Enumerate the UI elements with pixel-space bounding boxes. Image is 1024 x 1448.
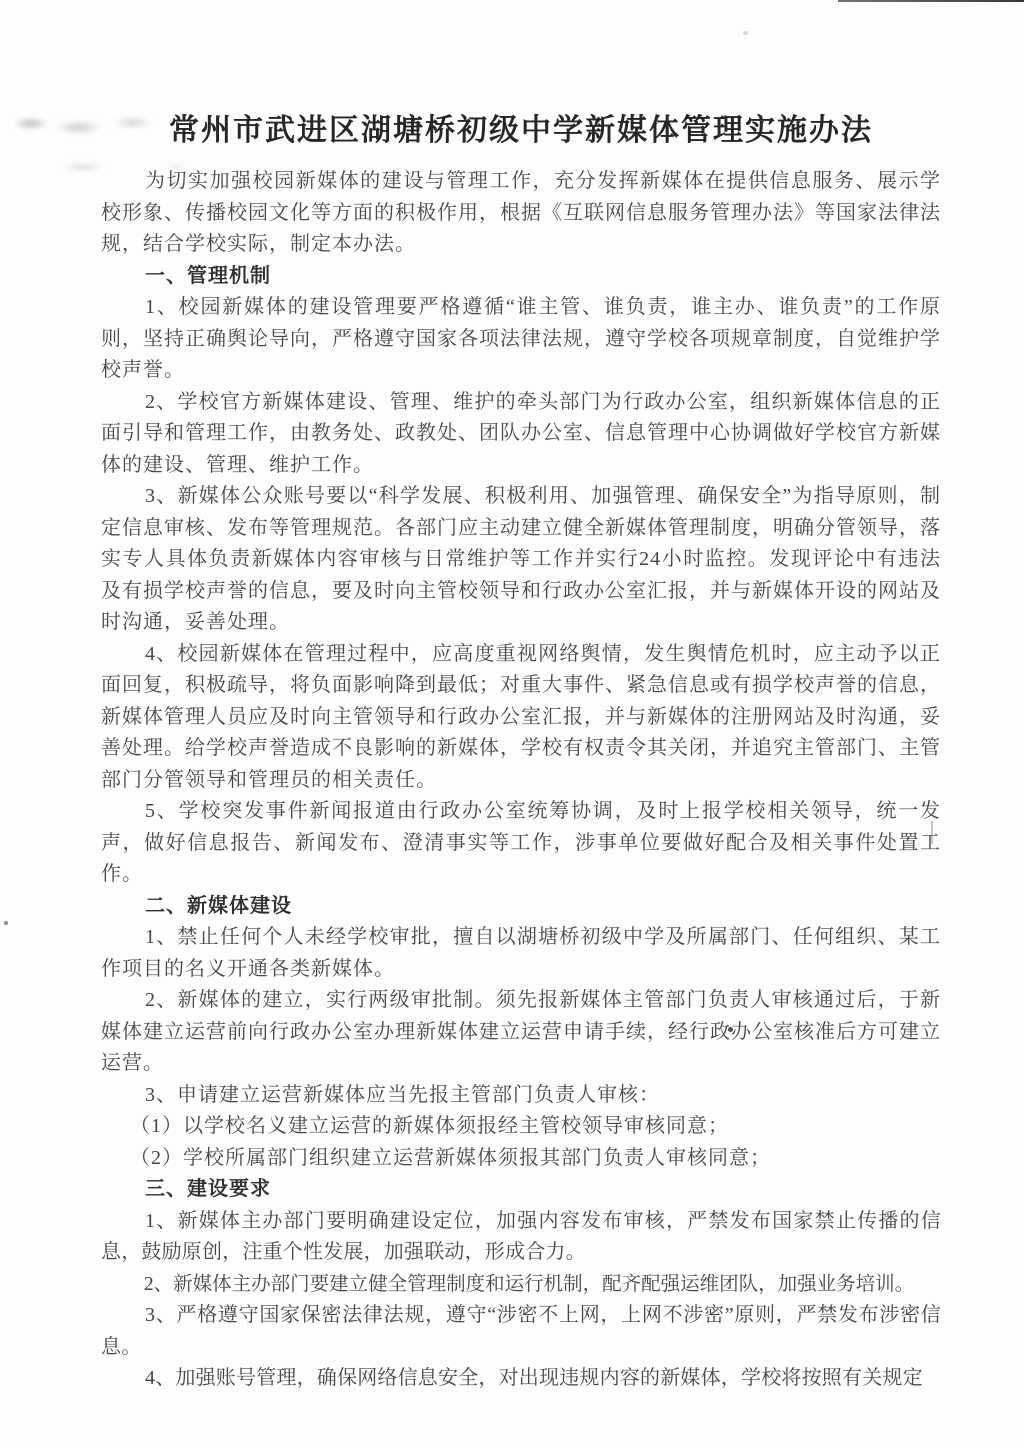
section-2-item-1: 1、禁止任何个人未经学校审批，擅自以湖塘桥初级中学及所属部门、任何组织、某工作项… [101,922,941,985]
document-content: 常州市武进区湖塘桥初级中学新媒体管理实施办法 为切实加强校园新媒体的建设与管理工… [101,108,941,1395]
section-2-item-3: 3、申请建立运营新媒体应当先报主管部门负责人审核： [101,1080,941,1112]
section-1-item-4: 4、校园新媒体在管理过程中，应高度重视网络舆情，发生舆情危机时，应主动予以正面回… [101,639,941,797]
speck-artifact [4,921,8,925]
section-1-item-3: 3、新媒体公众账号要以“科学发展、积极利用、加强管理、确保安全”为指导原则，制定… [101,481,941,639]
speck-artifact [743,31,748,35]
section-2-item-2: 2、新媒体的建立，实行两级审批制。须先报新媒体主管部门负责人审核通过后，于新媒体… [101,985,941,1080]
section-1-item-2: 2、学校官方新媒体建设、管理、维护的牵头部门为行政办公室，组织新媒体信息的正面引… [101,387,941,482]
section-2-heading: 二、新媒体建设 [101,891,941,923]
scan-edge-artifact [838,0,1024,2]
section-3-item-1: 1、新媒体主办部门要明确建设定位，加强内容发布审核，严禁发布国家禁止传播的信息，… [101,1206,941,1269]
section-3-item-4: 4、加强账号管理，确保网络信息安全，对出现违规内容的新媒体，学校将按照有关规定 [101,1363,941,1395]
section-2-subitem-1: （1）以学校名义建立运营的新媒体须报经主管校领导审核同意； [101,1111,941,1143]
intro-paragraph: 为切实加强校园新媒体的建设与管理工作，充分发挥新媒体在提供信息服务、展示学校形象… [101,166,941,261]
section-3-item-2: 2、新媒体主办部门要建立健全管理制度和运行机制，配齐配强运维团队，加强业务培训。 [101,1269,941,1301]
section-3-item-3: 3、严格遵守国家保密法律法规，遵守“涉密不上网，上网不涉密”原则，严禁发布涉密信… [101,1300,941,1363]
scanned-document-page: 常州市武进区湖塘桥初级中学新媒体管理实施办法 为切实加强校园新媒体的建设与管理工… [0,0,1024,1448]
section-1-heading: 一、管理机制 [101,261,941,293]
section-2-subitem-2: （2）学校所属部门组织建立运营新媒体须报其部门负责人审核同意； [101,1143,941,1175]
section-1-item-1: 1、校园新媒体的建设管理要严格遵循“谁主管、谁负责，谁主办、谁负责”的工作原则，… [101,292,941,387]
section-3-heading: 三、建设要求 [101,1174,941,1206]
document-title: 常州市武进区湖塘桥初级中学新媒体管理实施办法 [101,108,941,154]
section-1-item-5: 5、学校突发事件新闻报道由行政办公室统筹协调，及时上报学校相关领导，统一发声，做… [101,796,941,891]
